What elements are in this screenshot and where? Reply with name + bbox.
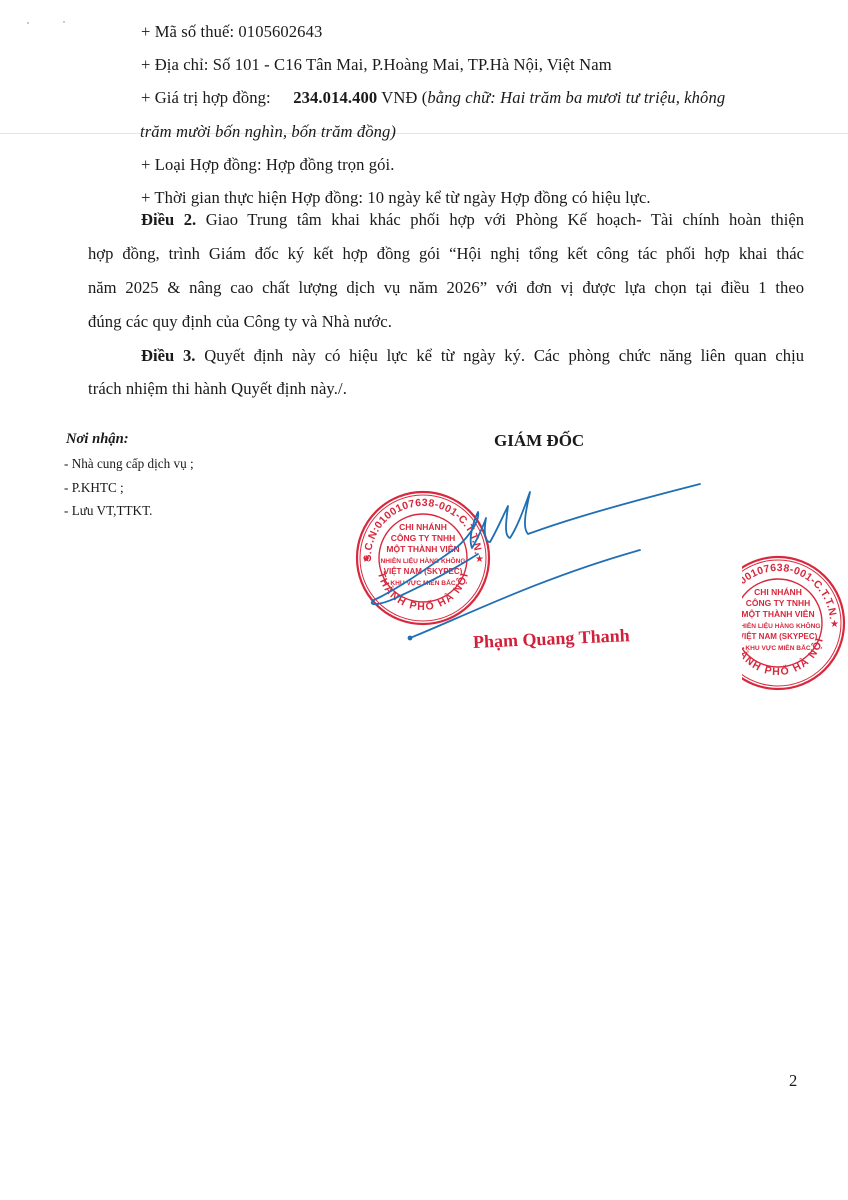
partial-seal-outer-bottom-text: THÀNH PHỐ HÀ NỘI [736,635,826,678]
partial-seal-line: CÔNG TY TNHH [746,597,811,608]
address-line: + Địa chỉ: Số 101 - C16 Tân Mai, P.Hoàng… [141,55,612,75]
contract-value-line: + Giá trị hợp đồng: 234.014.400 VNĐ (bằn… [141,88,725,108]
contract-value-label: + Giá trị hợp đồng: [141,88,271,107]
article2-line1: Điều 2. Giao Trung tâm khai khác phối hợ… [141,210,804,230]
partial-seal: M.S.C.N:0100107638-001-C.T.T.N.H.H THÀNH… [736,545,848,693]
star-icon: ★ [830,619,839,630]
contract-value-words: bằng chữ: Hai trăm ba mươi tư triệu, khô… [427,88,725,107]
contract-type-line: + Loại Hợp đồng: Hợp đồng trọn gói. [141,155,394,175]
scan-speck [27,22,29,24]
article3-line2: trách nhiệm thi hành Quyết định này./. [88,379,347,399]
scan-speck [63,21,65,23]
partial-seal-line: MỘT THÀNH VIÊN [741,608,814,619]
recipient-item: - Nhà cung cấp dịch vụ ; [64,456,194,472]
article2-text: Giao Trung tâm khai khác phối hợp với Ph… [196,210,804,229]
svg-text:THÀNH PHỐ HÀ NỘI: THÀNH PHỐ HÀ NỘI [736,635,826,678]
article3-label: Điều 3. [141,346,195,365]
contract-value-currency: VNĐ ( [377,88,427,107]
article2-line2: hợp đồng, trình Giám đốc ký kết hợp đồng… [88,244,804,264]
partial-seal-line: VIỆT NAM (SKYPEC) [739,632,818,641]
contract-value-words-continued: trăm mười bốn nghìn, bốn trăm đồng) [140,122,396,142]
article3-text: Quyết định này có hiệu lực kể từ ngày ký… [195,346,804,365]
recipient-item: - P.KHTC ; [64,480,124,496]
partial-seal-mask [700,540,742,700]
article3-line1: Điều 3. Quyết định này có hiệu lực kể từ… [141,346,804,366]
article2-line3: năm 2025 & nâng cao chất lượng dịch vụ n… [88,278,804,298]
tax-code-line: + Mã số thuế: 0105602643 [141,22,322,42]
scan-artifact-line [0,133,848,134]
partial-seal-line: CHI NHÁNH [754,587,802,597]
contract-value-amount: 234.014.400 [293,88,377,107]
page-number: 2 [789,1071,797,1091]
article2-label: Điều 2. [141,210,196,229]
recipients-title: Nơi nhận: [66,431,129,448]
signer-title: GIÁM ĐỐC [494,431,584,451]
recipient-item: - Lưu VT,TTKT. [64,503,152,519]
partial-seal-line: NHIÊN LIỆU HÀNG KHÔNG [736,621,821,630]
article2-line4: đúng các quy định của Công ty và Nhà nướ… [88,312,392,332]
signature-scribble [360,478,720,648]
partial-seal-line: KHU VỰC MIỀN BẮC [745,642,810,652]
contract-duration-line: + Thời gian thực hiện Hợp đồng: 10 ngày … [141,188,651,208]
